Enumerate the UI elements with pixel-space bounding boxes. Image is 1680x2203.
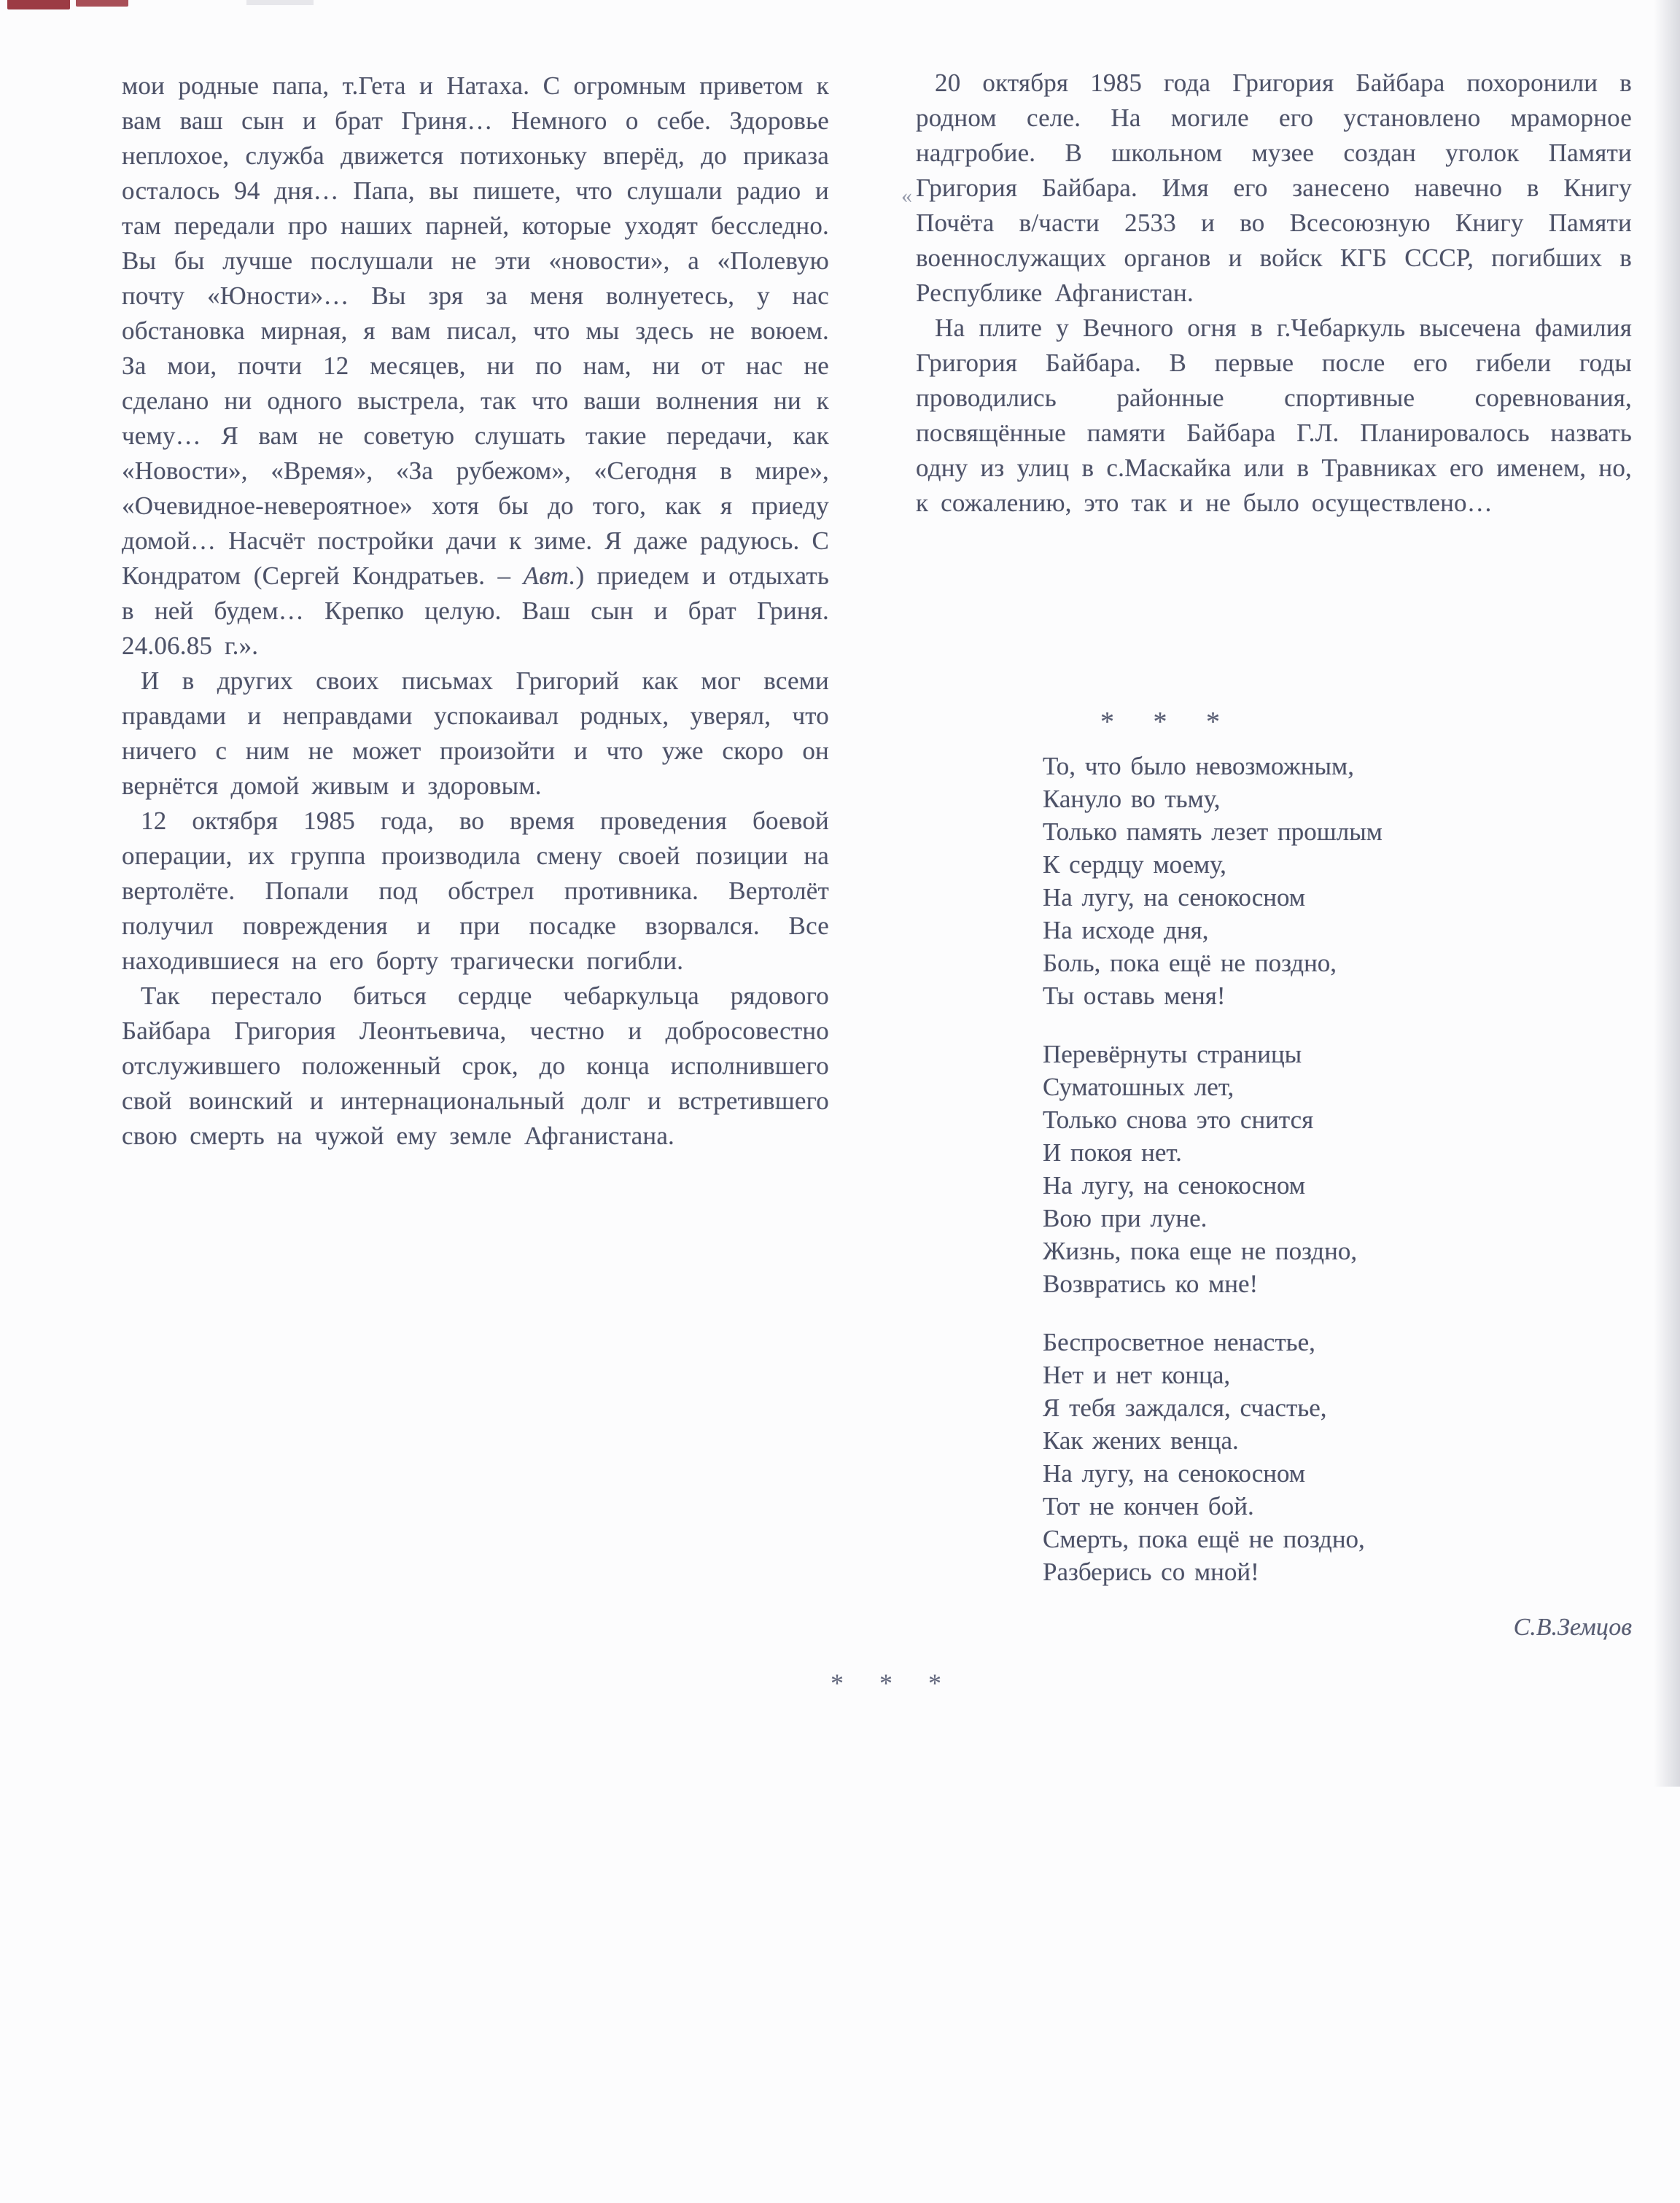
paragraph-funeral: 20 октября 1985 года Григория Байбара по… bbox=[916, 66, 1632, 311]
poem-stanza-2: Перевёрнуты страницы Суматошных лет, Тол… bbox=[1043, 1038, 1632, 1300]
poem-separator-stars: * * * bbox=[1014, 704, 1306, 739]
poem: То, что было невозможным, Кануло во тьму… bbox=[1043, 750, 1632, 1588]
poem-stanza-3: Беспросветное ненастье, Нет и нет конца,… bbox=[1043, 1326, 1632, 1588]
scan-artifact-red-mark-2 bbox=[76, 0, 128, 7]
letter-text-before-note: мои родные папа, т.Гета и Натаха. С огро… bbox=[122, 71, 829, 590]
paragraph-helicopter-crash: 12 октября 1985 года, во время проведени… bbox=[122, 804, 829, 979]
poem-stanza-1: То, что было невозможным, Кануло во тьму… bbox=[1043, 750, 1632, 1012]
paragraph-memorial-tribute: Так перестало биться сердце чебаркульца … bbox=[122, 979, 829, 1154]
left-column: мои родные папа, т.Гета и Натаха. С огро… bbox=[122, 69, 829, 1154]
scanned-page: « мои родные папа, т.Гета и Натаха. С ог… bbox=[0, 0, 1680, 2203]
bottom-separator-stars: * * * bbox=[740, 1666, 1032, 1701]
right-column: 20 октября 1985 года Григория Байбара по… bbox=[916, 66, 1632, 521]
poem-section: * * * То, что было невозможным, Кануло в… bbox=[916, 704, 1632, 1641]
page-edge-shadow bbox=[1654, 0, 1680, 1787]
paragraph-eternal-flame: На плите у Вечного огня в г.Чебаркуль вы… bbox=[916, 311, 1632, 521]
scan-artifact-red-mark-1 bbox=[7, 0, 70, 9]
scan-artifact-gray-mark bbox=[246, 0, 314, 5]
scan-smudge: « bbox=[901, 184, 912, 209]
poem-author-signature: С.В.Земцов bbox=[916, 1614, 1632, 1641]
letter-paragraph: мои родные папа, т.Гета и Натаха. С огро… bbox=[122, 69, 829, 664]
paragraph-other-letters: И в других своих письмах Григорий как мо… bbox=[122, 664, 829, 804]
letter-author-note: Авт. bbox=[524, 562, 576, 590]
